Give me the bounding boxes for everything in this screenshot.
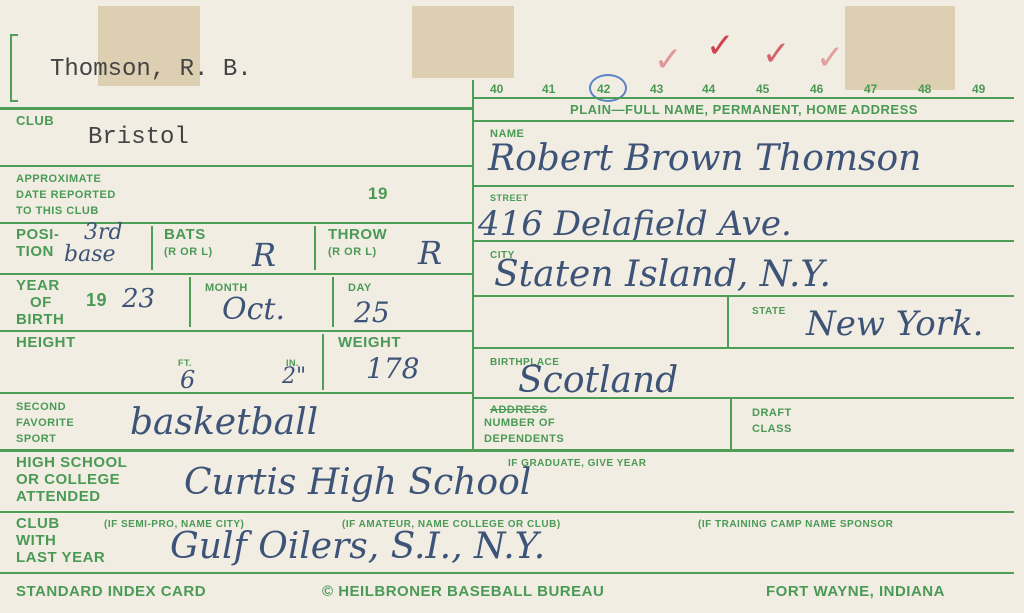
divider	[0, 222, 472, 224]
label-line: THROW	[328, 226, 387, 243]
label-line: (R OR L)	[164, 245, 213, 259]
date-reported-year-prefix: 19	[368, 184, 388, 204]
index-card: Thomson, R. B. 40 41 42 43 44 45 46 47 4…	[0, 0, 1024, 613]
position-label: POSI- TION	[16, 226, 59, 260]
dependents-label: NUMBER OF DEPENDENTS	[484, 416, 564, 446]
training-camp-label: (IF TRAINING CAMP NAME SPONSOR	[698, 519, 893, 530]
divider	[0, 273, 472, 275]
divider	[474, 120, 1014, 122]
position-value: 3rd base	[84, 222, 123, 266]
label-line: LAST YEAR	[16, 549, 105, 566]
tick: 40	[490, 82, 503, 96]
label-line: DATE REPORTED	[16, 188, 116, 202]
tick: 45	[756, 82, 769, 96]
label-line: APPROXIMATE	[16, 172, 116, 186]
label-line: POSI-	[16, 226, 59, 243]
label-line: NUMBER OF	[484, 416, 564, 430]
label-line: CLUB	[16, 515, 105, 532]
day-value: 25	[354, 296, 390, 329]
divider	[0, 165, 472, 167]
bracket-mark	[10, 34, 18, 102]
check-mark-icon: ✓	[762, 34, 791, 74]
divider	[474, 185, 1014, 187]
second-sport-label: SECOND FAVORITE SPORT	[16, 400, 74, 446]
divider	[322, 334, 324, 390]
school-value: Curtis High School	[184, 462, 531, 503]
birth-label: YEAR OF BIRTH	[16, 277, 64, 328]
tick: 41	[542, 82, 555, 96]
weight-label: WEIGHT	[338, 334, 401, 351]
street-value: 416 Delafield Ave.	[478, 204, 792, 244]
tick: 46	[810, 82, 823, 96]
tick: 44	[702, 82, 715, 96]
divider	[730, 397, 732, 449]
label-line: TION	[16, 243, 59, 260]
divider	[474, 240, 1014, 242]
footer-left: STANDARD INDEX CARD	[16, 583, 206, 600]
divider	[0, 449, 1014, 452]
label-line: HIGH SCHOOL	[16, 454, 127, 471]
label-line: DRAFT	[752, 406, 792, 420]
tick: 49	[972, 82, 985, 96]
club-value: Bristol	[88, 124, 189, 151]
state-value: New York.	[806, 304, 983, 344]
label-line: SPORT	[16, 432, 74, 446]
tape-strip	[412, 6, 514, 78]
month-value: Oct.	[222, 292, 285, 327]
street-label: STREET	[490, 193, 529, 203]
city-value: Staten Island, N.Y.	[494, 254, 831, 295]
divider	[151, 226, 153, 270]
weight-value: 178	[366, 352, 419, 385]
tick: 43	[650, 82, 663, 96]
second-sport-value: basketball	[130, 402, 318, 443]
school-label: HIGH SCHOOL OR COLLEGE ATTENDED	[16, 454, 127, 505]
divider	[474, 397, 1014, 399]
ft-value: 6	[180, 366, 195, 394]
check-mark-icon: ✓	[816, 38, 845, 78]
footer-center: © HEILBRONER BASEBALL BUREAU	[322, 583, 604, 600]
divider	[474, 347, 1014, 349]
footer-right: FORT WAYNE, INDIANA	[766, 583, 945, 600]
check-mark-icon: ✓	[706, 26, 735, 66]
in-value: 2"	[282, 364, 306, 389]
position-line: base	[64, 244, 123, 266]
state-label: STATE	[752, 306, 786, 317]
label-line: OF	[30, 294, 64, 311]
birth-year-value: 23	[122, 284, 155, 314]
label-line: SECOND	[16, 400, 74, 414]
label-line: TO THIS CLUB	[16, 204, 116, 218]
label-line: DEPENDENTS	[484, 432, 564, 446]
divider	[0, 107, 472, 110]
divider	[314, 226, 316, 270]
divider	[0, 330, 472, 332]
label-line: OR COLLEGE	[16, 471, 127, 488]
divider	[474, 295, 1014, 297]
position-line: 3rd	[84, 222, 123, 244]
label-line: (R OR L)	[328, 245, 387, 259]
day-label: DAY	[348, 281, 372, 295]
last-club-label: CLUB WITH LAST YEAR	[16, 515, 105, 566]
label-line: WITH	[16, 532, 105, 549]
throw-value: R	[418, 234, 442, 272]
label-line: ATTENDED	[16, 488, 127, 505]
check-mark-icon: ✓	[654, 40, 683, 80]
date-reported-label: APPROXIMATE DATE REPORTED TO THIS CLUB	[16, 172, 116, 218]
label-line: BIRTH	[16, 311, 64, 328]
label-line: FAVORITE	[16, 416, 74, 430]
draft-class-label: DRAFT CLASS	[752, 406, 792, 436]
struck-address-label: ADDRESS	[490, 403, 547, 417]
birth-year-prefix: 19	[86, 290, 107, 311]
divider	[0, 511, 1014, 513]
full-name-value: Robert Brown Thomson	[488, 138, 921, 179]
last-club-value: Gulf Oilers, S.I., N.Y.	[170, 526, 545, 567]
typed-name: Thomson, R. B.	[50, 56, 252, 83]
height-label: HEIGHT	[16, 334, 76, 351]
label-line: YEAR	[16, 277, 64, 294]
label-line: CLASS	[752, 422, 792, 436]
club-label: CLUB	[16, 114, 54, 128]
header-banner: PLAIN—FULL NAME, PERMANENT, HOME ADDRESS	[474, 102, 1014, 117]
bats-label: BATS (R OR L)	[164, 226, 213, 259]
tick: 48	[918, 82, 931, 96]
divider	[0, 572, 1014, 574]
divider	[0, 392, 472, 394]
divider	[727, 295, 729, 347]
bats-value: R	[252, 236, 276, 274]
divider	[332, 277, 334, 327]
divider	[474, 97, 1014, 99]
throw-label: THROW (R OR L)	[328, 226, 387, 259]
tick: 47	[864, 82, 877, 96]
divider	[189, 277, 191, 327]
label-line: BATS	[164, 226, 213, 243]
birthplace-value: Scotland	[518, 360, 678, 401]
tape-strip	[845, 6, 955, 90]
